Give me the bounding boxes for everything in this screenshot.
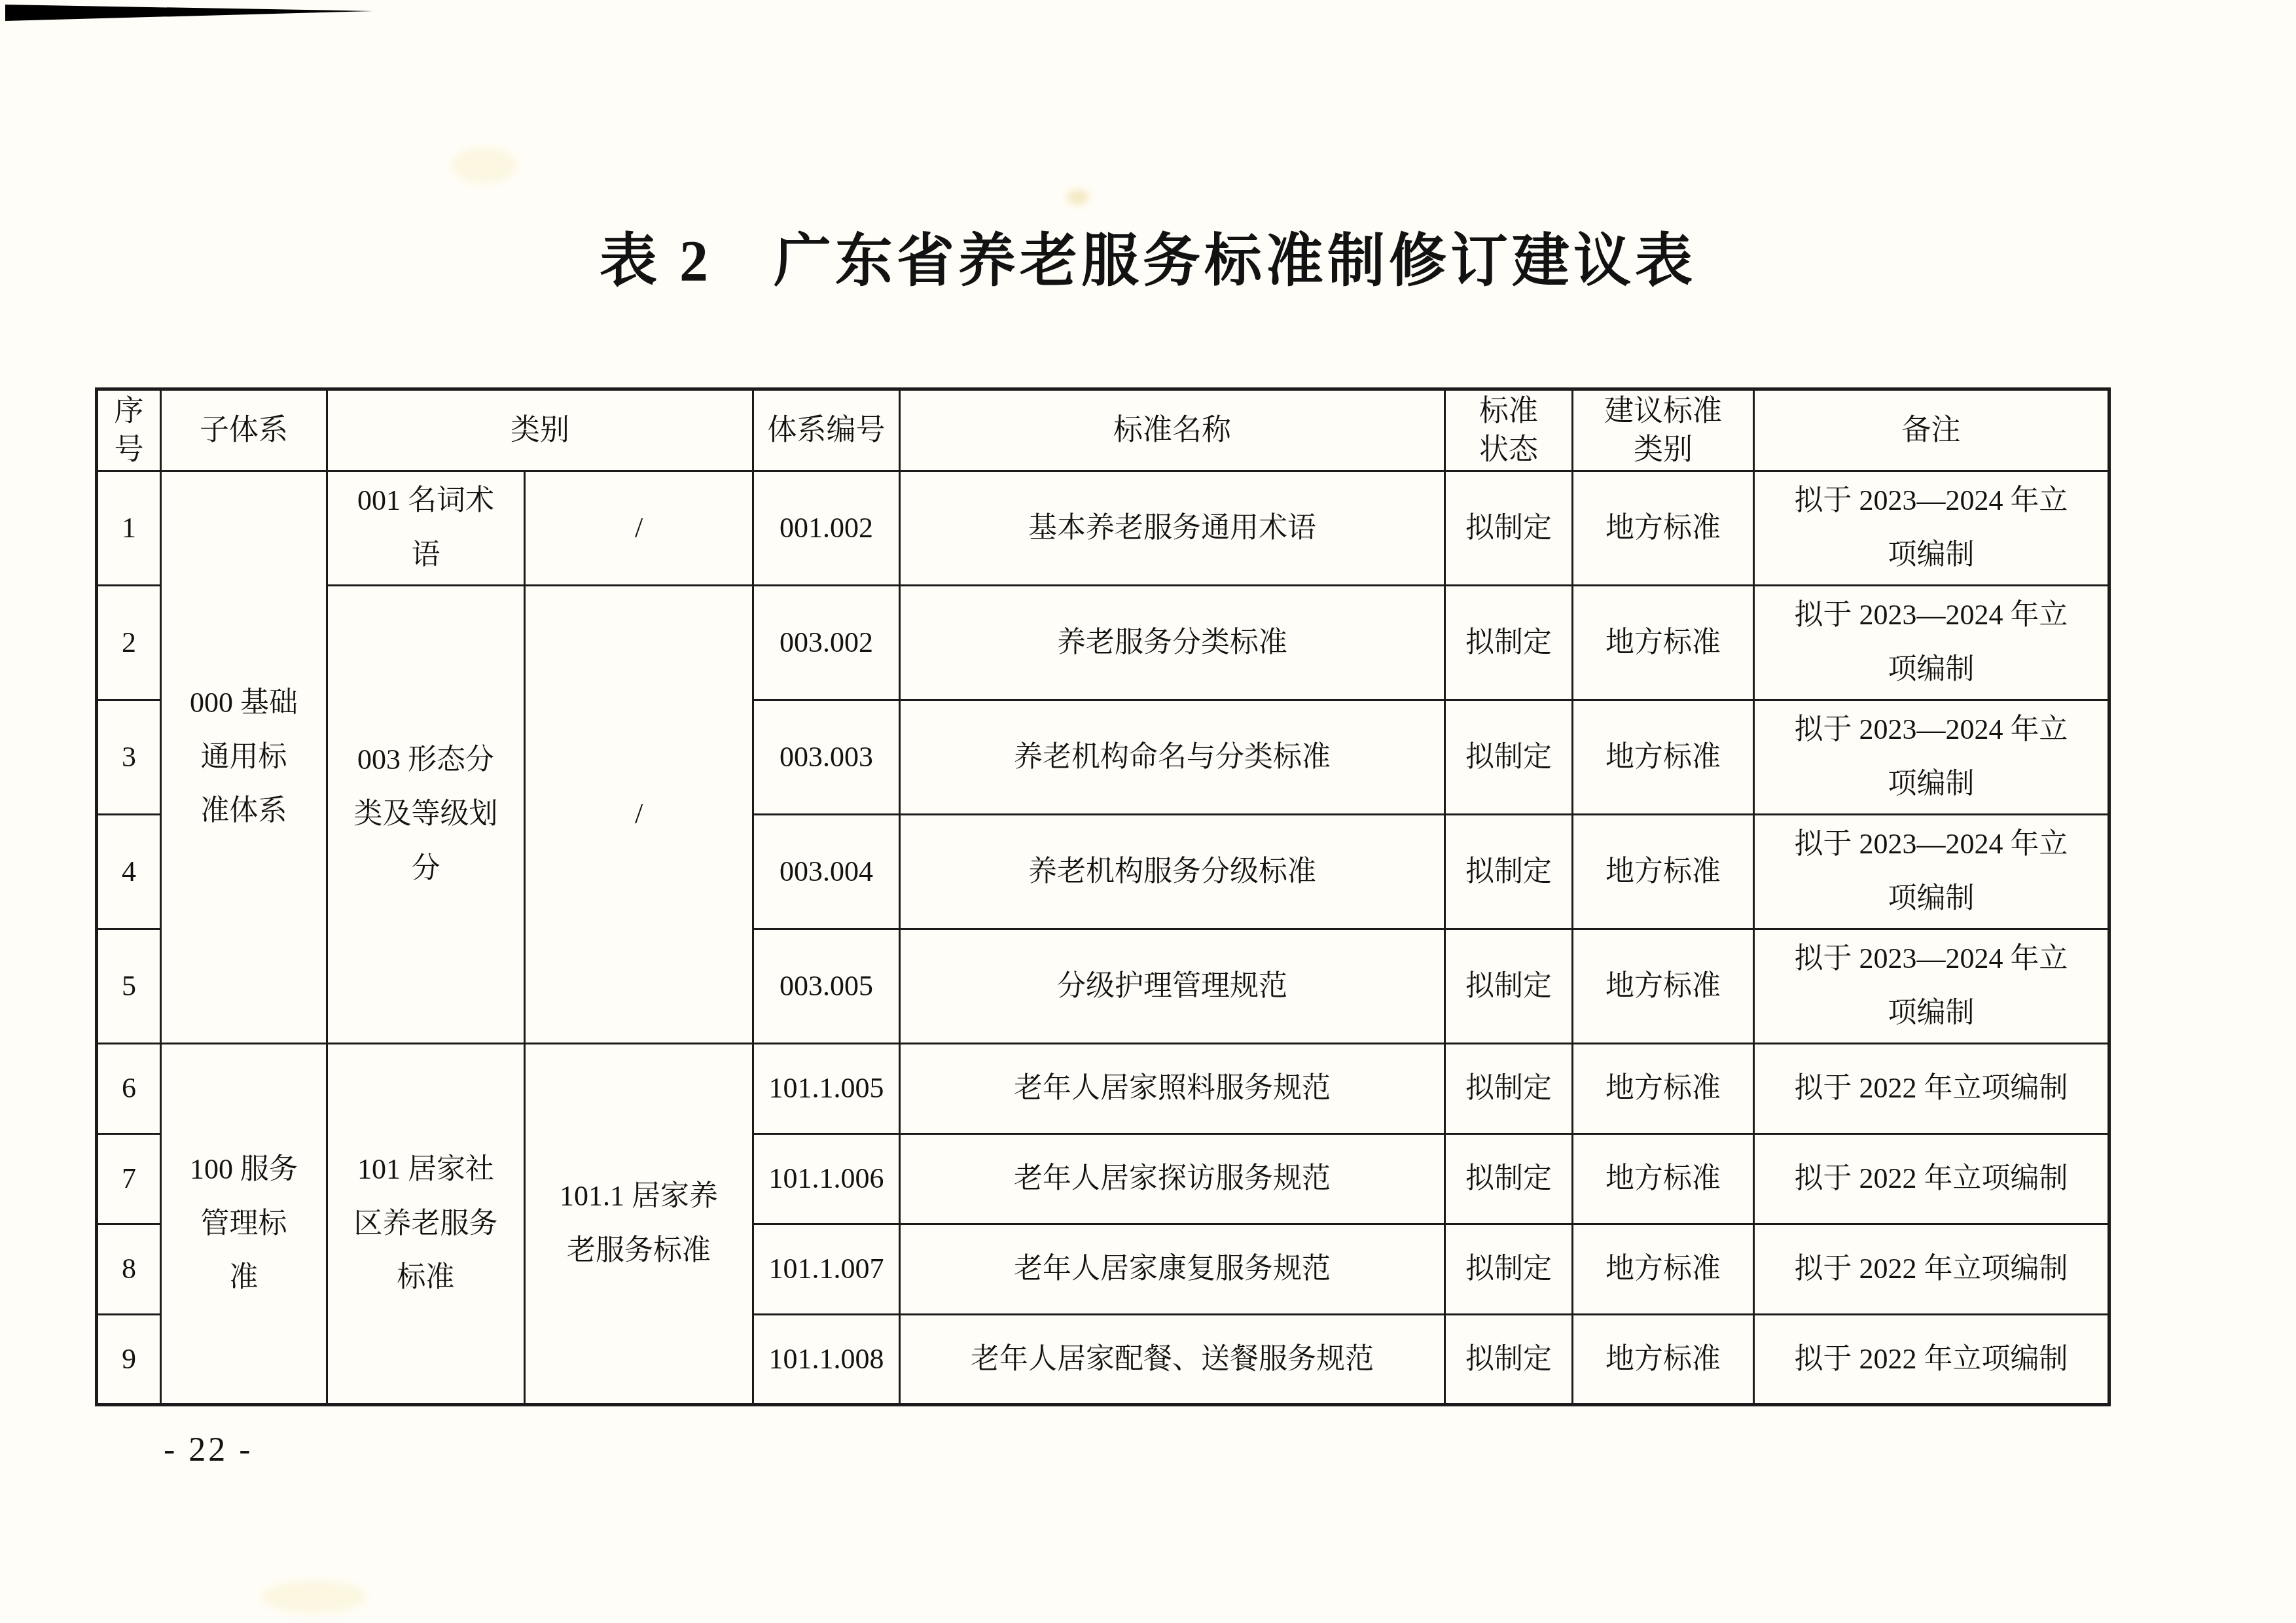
cell-seq-4: 4 — [97, 815, 161, 929]
col-header-name: 标准名称 — [900, 389, 1445, 471]
cell-status-8: 拟制定 — [1445, 1224, 1573, 1315]
col-header-remark: 备注 — [1754, 389, 2109, 471]
col-header-category: 类别 — [327, 389, 753, 471]
cell-code-7: 101.1.006 — [753, 1134, 900, 1224]
cell-status-5: 拟制定 — [1445, 929, 1573, 1044]
cell-remark-4: 拟于 2023—2024 年立 项编制 — [1754, 815, 2109, 929]
cell-remark-6: 拟于 2022 年立项编制 — [1754, 1044, 2109, 1134]
cell-code-8: 101.1.007 — [753, 1224, 900, 1315]
col-header-subsystem: 子体系 — [161, 389, 327, 471]
cell-status-1: 拟制定 — [1445, 471, 1573, 586]
cell-code-4: 003.004 — [753, 815, 900, 929]
cell-type-2: 地方标准 — [1573, 586, 1754, 700]
cell-type-7: 地方标准 — [1573, 1134, 1754, 1224]
cell-seq-7: 7 — [97, 1134, 161, 1224]
cell-category-003: 003 形态分 类及等级划 分 — [327, 586, 525, 1044]
cell-type-4: 地方标准 — [1573, 815, 1754, 929]
paper-smudge — [1067, 190, 1089, 204]
table-row: 1 000 基础 通用标 准体系 001 名词术 语 / 001.002 基本养… — [97, 471, 2109, 586]
cell-type-9: 地方标准 — [1573, 1315, 1754, 1405]
cell-seq-8: 8 — [97, 1224, 161, 1315]
cell-status-3: 拟制定 — [1445, 700, 1573, 815]
cell-name-2: 养老服务分类标准 — [900, 586, 1445, 700]
paper-smudge — [262, 1580, 367, 1613]
cell-seq-1: 1 — [97, 471, 161, 586]
cell-remark-8: 拟于 2022 年立项编制 — [1754, 1224, 2109, 1315]
cell-type-1: 地方标准 — [1573, 471, 1754, 586]
cell-code-6: 101.1.005 — [753, 1044, 900, 1134]
cell-status-6: 拟制定 — [1445, 1044, 1573, 1134]
cell-name-4: 养老机构服务分级标准 — [900, 815, 1445, 929]
cell-remark-9: 拟于 2022 年立项编制 — [1754, 1315, 2109, 1405]
cell-code-5: 003.005 — [753, 929, 900, 1044]
cell-category-101: 101 居家社 区养老服务 标准 — [327, 1044, 525, 1405]
cell-category-001: 001 名词术 语 — [327, 471, 525, 586]
cell-type-6: 地方标准 — [1573, 1044, 1754, 1134]
cell-category-slash-1: / — [525, 471, 753, 586]
cell-category-101-1: 101.1 居家养 老服务标准 — [525, 1044, 753, 1405]
paper-smudge — [452, 147, 517, 183]
page-number: - 22 - — [164, 1431, 253, 1469]
cell-type-3: 地方标准 — [1573, 700, 1754, 815]
cell-name-9: 老年人居家配餐、送餐服务规范 — [900, 1315, 1445, 1405]
cell-name-5: 分级护理管理规范 — [900, 929, 1445, 1044]
cell-subsystem-100: 100 服务 管理标 准 — [161, 1044, 327, 1405]
cell-name-7: 老年人居家探访服务规范 — [900, 1134, 1445, 1224]
cell-remark-1: 拟于 2023—2024 年立 项编制 — [1754, 471, 2109, 586]
cell-remark-5: 拟于 2023—2024 年立 项编制 — [1754, 929, 2109, 1044]
cell-code-3: 003.003 — [753, 700, 900, 815]
cell-category-slash-2-5: / — [525, 586, 753, 1044]
cell-seq-9: 9 — [97, 1315, 161, 1405]
cell-remark-3: 拟于 2023—2024 年立 项编制 — [1754, 700, 2109, 815]
cell-name-8: 老年人居家康复服务规范 — [900, 1224, 1445, 1315]
cell-status-4: 拟制定 — [1445, 815, 1573, 929]
cell-name-6: 老年人居家照料服务规范 — [900, 1044, 1445, 1134]
table-row: 6 100 服务 管理标 准 101 居家社 区养老服务 标准 101.1 居家… — [97, 1044, 2109, 1134]
cell-seq-3: 3 — [97, 700, 161, 815]
col-header-code: 体系编号 — [753, 389, 900, 471]
scanned-document-page: 表 2 广东省养老服务标准制修订建议表 序 号 子体系 类别 体系编号 标准名称… — [0, 0, 2296, 1623]
cell-type-8: 地方标准 — [1573, 1224, 1754, 1315]
header-row: 序 号 子体系 类别 体系编号 标准名称 标准 状态 建议标准 类别 备注 — [97, 389, 2109, 471]
page-title: 表 2 广东省养老服务标准制修订建议表 — [0, 215, 2296, 297]
cell-subsystem-000: 000 基础 通用标 准体系 — [161, 471, 327, 1044]
col-header-status: 标准 状态 — [1445, 389, 1573, 471]
scan-artifact-wedge — [5, 4, 373, 21]
cell-name-1: 基本养老服务通用术语 — [900, 471, 1445, 586]
cell-code-1: 001.002 — [753, 471, 900, 586]
cell-code-2: 003.002 — [753, 586, 900, 700]
cell-status-7: 拟制定 — [1445, 1134, 1573, 1224]
cell-seq-2: 2 — [97, 586, 161, 700]
cell-type-5: 地方标准 — [1573, 929, 1754, 1044]
cell-status-2: 拟制定 — [1445, 586, 1573, 700]
cell-name-3: 养老机构命名与分类标准 — [900, 700, 1445, 815]
cell-remark-2: 拟于 2023—2024 年立 项编制 — [1754, 586, 2109, 700]
cell-seq-5: 5 — [97, 929, 161, 1044]
col-header-suggested-type: 建议标准 类别 — [1573, 389, 1754, 471]
cell-status-9: 拟制定 — [1445, 1315, 1573, 1405]
cell-remark-7: 拟于 2022 年立项编制 — [1754, 1134, 2109, 1224]
table-row: 2 003 形态分 类及等级划 分 / 003.002 养老服务分类标准 拟制定… — [97, 586, 2109, 700]
cell-code-9: 101.1.008 — [753, 1315, 900, 1405]
cell-seq-6: 6 — [97, 1044, 161, 1134]
col-header-seq: 序 号 — [97, 389, 161, 471]
standards-table: 序 号 子体系 类别 体系编号 标准名称 标准 状态 建议标准 类别 备注 1 … — [95, 387, 2111, 1406]
